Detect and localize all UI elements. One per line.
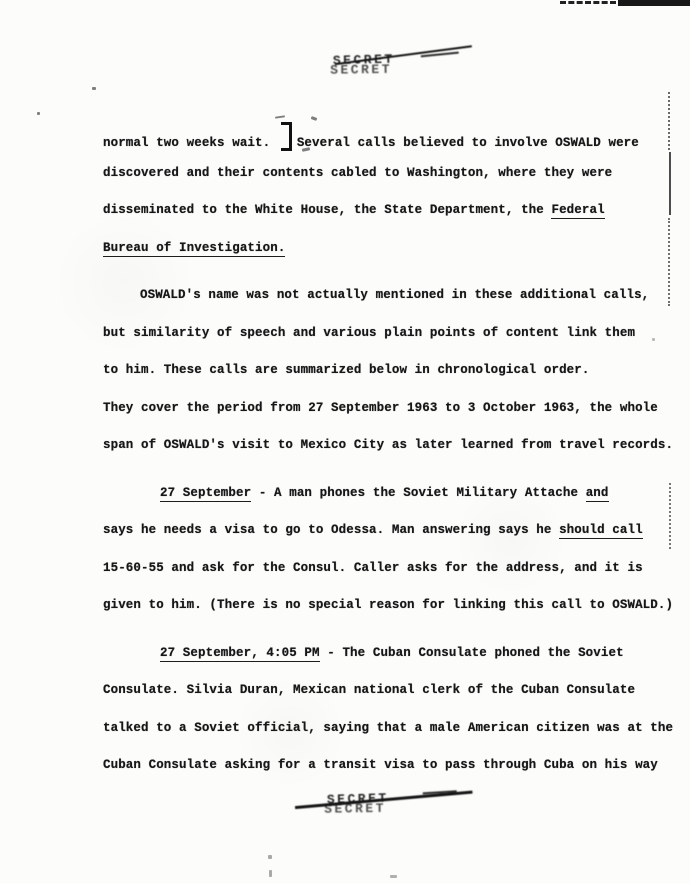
underlined-text-segment: Bureau of Investigation. xyxy=(103,241,285,257)
scan-speck xyxy=(37,112,40,115)
text-segment: - The Cuban Consulate phoned the Soviet xyxy=(320,646,624,660)
scanned-document-page: SECRET SECRET normal two weeks wait. Sev… xyxy=(0,0,690,883)
scan-margin-dotted-line xyxy=(668,92,670,150)
document-line: to him. These calls are summarized below… xyxy=(103,352,665,390)
margin-bracket-mark xyxy=(281,122,292,151)
document-line: They cover the period from 27 September … xyxy=(103,390,665,428)
scan-margin-dotted-line xyxy=(668,218,670,306)
text-segment: Consulate. Silvia Duran, Mexican nationa… xyxy=(103,683,635,697)
document-line: OSWALD's name was not actually mentioned… xyxy=(103,277,665,315)
classification-stamp-top: SECRET SECRET xyxy=(333,52,430,78)
classification-stamp-bottom: SECRET SECRET xyxy=(327,791,424,817)
document-line: says he needs a visa to go to Odessa. Ma… xyxy=(103,512,665,550)
document-body: normal two weeks wait. Several calls bel… xyxy=(103,117,665,795)
text-segment: normal two weeks wait. xyxy=(103,136,278,150)
paragraph: OSWALD's name was not actually mentioned… xyxy=(103,277,665,465)
document-line: disseminated to the White House, the Sta… xyxy=(103,192,665,230)
scan-margin-line xyxy=(669,152,671,215)
text-segment: to him. These calls are summarized below… xyxy=(103,363,589,377)
scan-edge-dashes xyxy=(560,1,616,4)
text-segment: discovered and their contents cabled to … xyxy=(103,166,612,180)
document-line: normal two weeks wait. Several calls bel… xyxy=(103,117,665,155)
underlined-text-segment: should call xyxy=(559,523,643,539)
document-line: Bureau of Investigation. xyxy=(103,230,665,268)
scan-speck xyxy=(269,870,272,877)
document-line: discovered and their contents cabled to … xyxy=(103,155,665,193)
text-segment: Several calls believed to involve OSWALD… xyxy=(297,136,639,150)
document-line: but similarity of speech and various pla… xyxy=(103,315,665,353)
underlined-text-segment: 27 September, 4:05 PM xyxy=(160,646,320,662)
stamp-text-shadow: SECRET xyxy=(330,62,426,76)
document-line: 27 September - A man phones the Soviet M… xyxy=(103,475,665,513)
text-segment: 15-60-55 and ask for the Consul. Caller … xyxy=(103,561,643,575)
text-segment: talked to a Soviet official, saying that… xyxy=(103,721,673,735)
underlined-text-segment: Federal xyxy=(551,203,604,219)
text-segment: OSWALD's name was not actually mentioned… xyxy=(140,288,649,302)
scan-edge-bar xyxy=(618,0,690,6)
text-segment: but similarity of speech and various pla… xyxy=(103,326,635,340)
text-segment: given to him. (There is no special reaso… xyxy=(103,598,673,612)
scan-speck xyxy=(268,855,272,859)
text-segment: disseminated to the White House, the Sta… xyxy=(103,203,551,217)
underlined-text-segment: 27 September xyxy=(160,486,251,502)
text-segment: says he needs a visa to go to Odessa. Ma… xyxy=(103,523,559,537)
document-line: Cuban Consulate asking for a transit vis… xyxy=(103,747,665,785)
document-line: span of OSWALD's visit to Mexico City as… xyxy=(103,427,665,465)
document-line: 15-60-55 and ask for the Consul. Caller … xyxy=(103,550,665,588)
text-segment: - A man phones the Soviet Military Attac… xyxy=(251,486,585,500)
paragraph: 27 September - A man phones the Soviet M… xyxy=(103,475,665,625)
text-segment: span of OSWALD's visit to Mexico City as… xyxy=(103,438,673,452)
scan-speck xyxy=(92,87,96,90)
scan-speck xyxy=(390,875,397,878)
paragraph: normal two weeks wait. Several calls bel… xyxy=(103,117,665,267)
document-line: talked to a Soviet official, saying that… xyxy=(103,710,665,748)
document-line: Consulate. Silvia Duran, Mexican nationa… xyxy=(103,672,665,710)
document-line: 27 September, 4:05 PM - The Cuban Consul… xyxy=(103,635,665,673)
text-segment: Cuban Consulate asking for a transit vis… xyxy=(103,758,658,772)
underlined-text-segment: and xyxy=(586,486,609,502)
text-segment: They cover the period from 27 September … xyxy=(103,401,658,415)
document-line: given to him. (There is no special reaso… xyxy=(103,587,665,625)
paragraph: 27 September, 4:05 PM - The Cuban Consul… xyxy=(103,635,665,785)
scan-margin-dotted-line xyxy=(669,483,671,549)
